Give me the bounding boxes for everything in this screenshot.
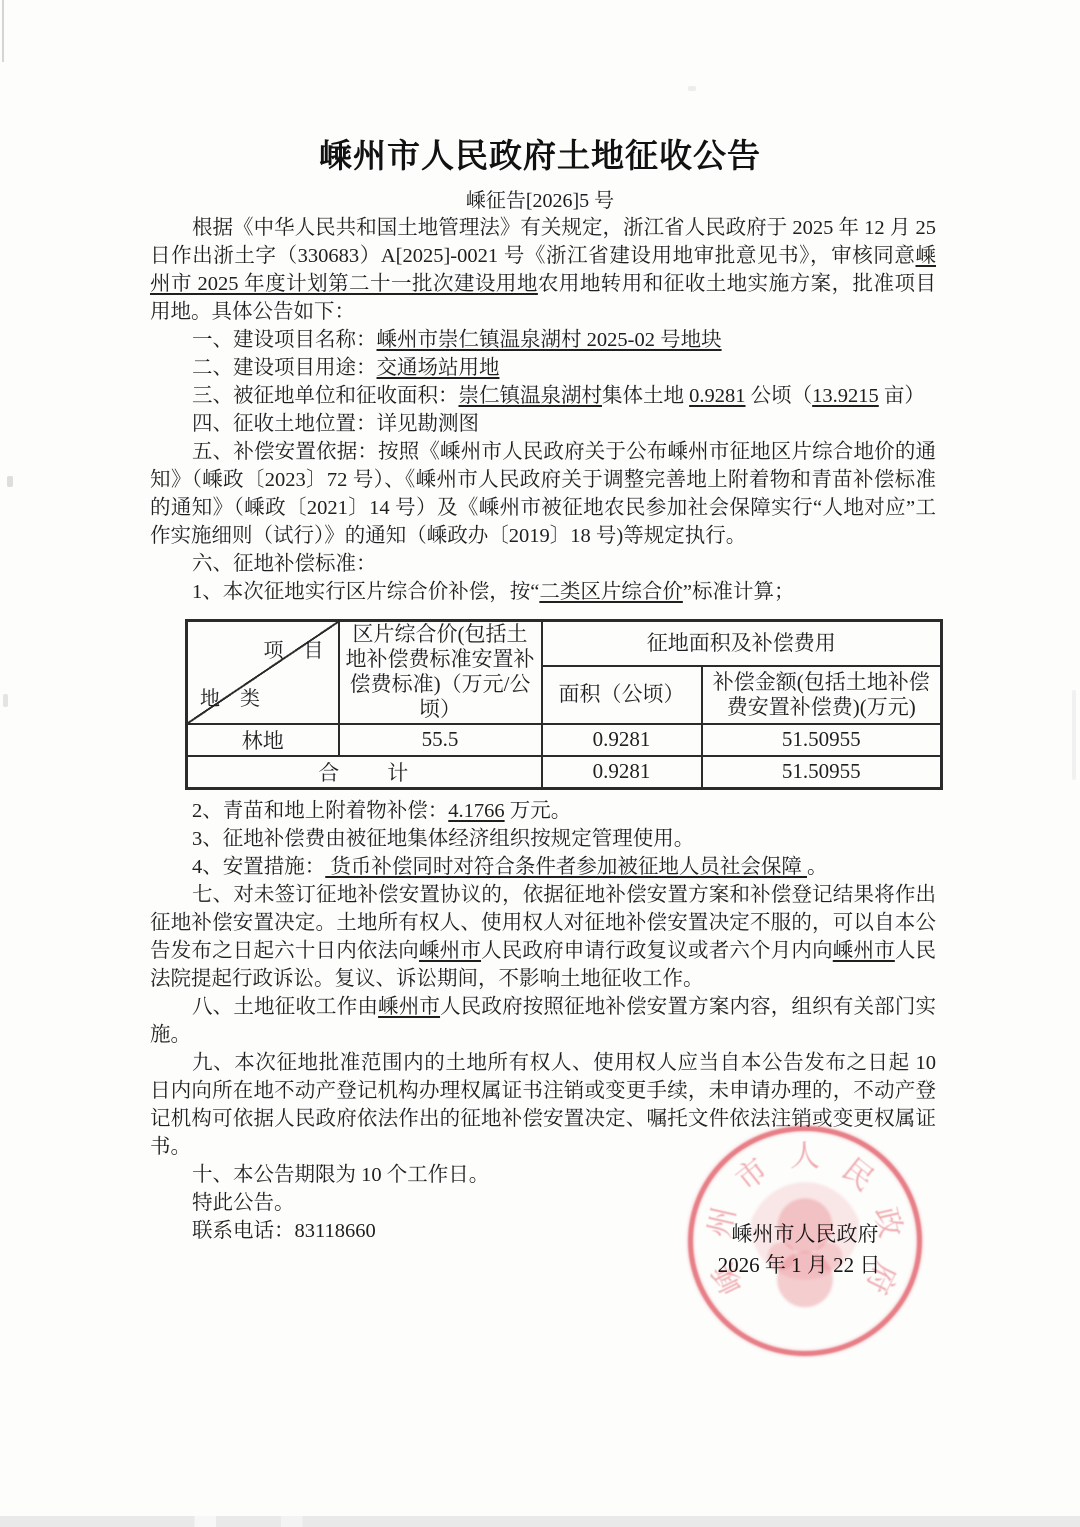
table-header-amount: 补偿金额(包括土地补偿费安置补偿费)(万元) — [702, 666, 942, 724]
cell-land-type: 林地 — [187, 724, 339, 756]
compensation-table: 项 目 地 类 区片综合价(包括土地补偿费标准安置补偿费标准)（万元/公顷） 征… — [185, 619, 943, 790]
list-item-6-1: 1、本次征地实行区片综合价补偿，按“二类区片综合价”标准计算； — [150, 578, 936, 606]
scan-edge-bottom — [0, 1516, 1080, 1527]
table-row: 林地 55.5 0.9281 51.50955 — [187, 724, 942, 756]
list-item-10: 十、本公告期限为 10 个工作日。 — [150, 1161, 936, 1189]
page-title: 嵊州市人民政府土地征收公告 — [0, 130, 1080, 177]
scan-speck — [1072, 690, 1076, 780]
list-item-6: 六、征地补偿标准： — [150, 550, 936, 578]
closing-line: 特此公告。 — [150, 1189, 936, 1217]
document-page: 嵊州市人民政府土地征收公告 嵊征告[2026]5 号 根据《中华人民共和国土地管… — [0, 0, 1080, 1527]
list-item-3: 三、被征地单位和征收面积：崇仁镇温泉湖村集体土地 0.9281 公顷（13.92… — [150, 382, 936, 410]
signature-org: 嵊州市人民政府 — [688, 1218, 922, 1248]
cell-area: 0.9281 — [542, 724, 702, 756]
scan-speck — [3, 694, 8, 707]
table-header-area: 面积（公顷） — [542, 666, 702, 724]
list-item-8: 八、土地征收工作由嵊州市人民政府按照征地补偿安置方案内容，组织有关部门实施。 — [150, 993, 936, 1049]
doc-number: 嵊征告[2026]5 号 — [0, 184, 1080, 213]
list-item-6-3: 3、征地补偿费由被征地集体经济组织按规定管理使用。 — [150, 825, 936, 853]
table-total-row: 合 计 0.9281 51.50955 — [187, 756, 942, 789]
paragraph-intro: 根据《中华人民共和国土地管理法》有关规定，浙江省人民政府于 2025 年 12 … — [150, 214, 936, 326]
table-corner-project-label: 项 目 — [264, 634, 324, 663]
document-body: 根据《中华人民共和国土地管理法》有关规定，浙江省人民政府于 2025 年 12 … — [150, 214, 936, 1245]
table-header-price: 区片综合价(包括土地补偿费标准安置补偿费标准)（万元/公顷） — [339, 621, 542, 724]
cell-price: 55.5 — [339, 724, 542, 756]
table-corner-cell: 项 目 地 类 — [187, 621, 339, 724]
list-item-9: 九、本次征地批准范围内的土地所有权人、使用权人应当自本公告发布之日起 10 日内… — [150, 1049, 936, 1161]
list-item-6-4: 4、安置措施： 货币补偿同时对符合条件者参加被征地人员社会保障 。 — [150, 853, 936, 881]
cell-total-area: 0.9281 — [542, 756, 702, 789]
signature-date: 2026 年 1 月 22 日 — [682, 1249, 916, 1279]
cell-total-amount: 51.50955 — [702, 756, 942, 789]
list-item-1: 一、建设项目名称：嵊州市崇仁镇温泉湖村 2025-02 号地块 — [150, 326, 936, 354]
list-item-5: 五、补偿安置依据：按照《嵊州市人民政府关于公布嵊州市征地区片综合地价的通知》（嵊… — [150, 438, 936, 550]
scan-edge-left — [2, 0, 4, 62]
list-item-4: 四、征收土地位置：详见勘测图 — [150, 410, 936, 438]
table-corner-landtype-label: 地 类 — [200, 682, 260, 711]
cell-amount: 51.50955 — [702, 724, 942, 756]
scan-speck — [7, 476, 13, 487]
list-item-7: 七、对未签订征地补偿安置协议的，依据征地补偿安置方案和补偿登记结果将作出征地补偿… — [150, 881, 936, 993]
list-item-2: 二、建设项目用途：交通场站用地 — [150, 354, 936, 382]
cell-total-label: 合 计 — [187, 756, 542, 789]
scan-speck — [688, 86, 696, 91]
table-header-group: 征地面积及补偿费用 — [542, 621, 942, 666]
list-item-6-2: 2、青苗和地上附着物补偿：4.1766 万元。 — [150, 797, 936, 825]
